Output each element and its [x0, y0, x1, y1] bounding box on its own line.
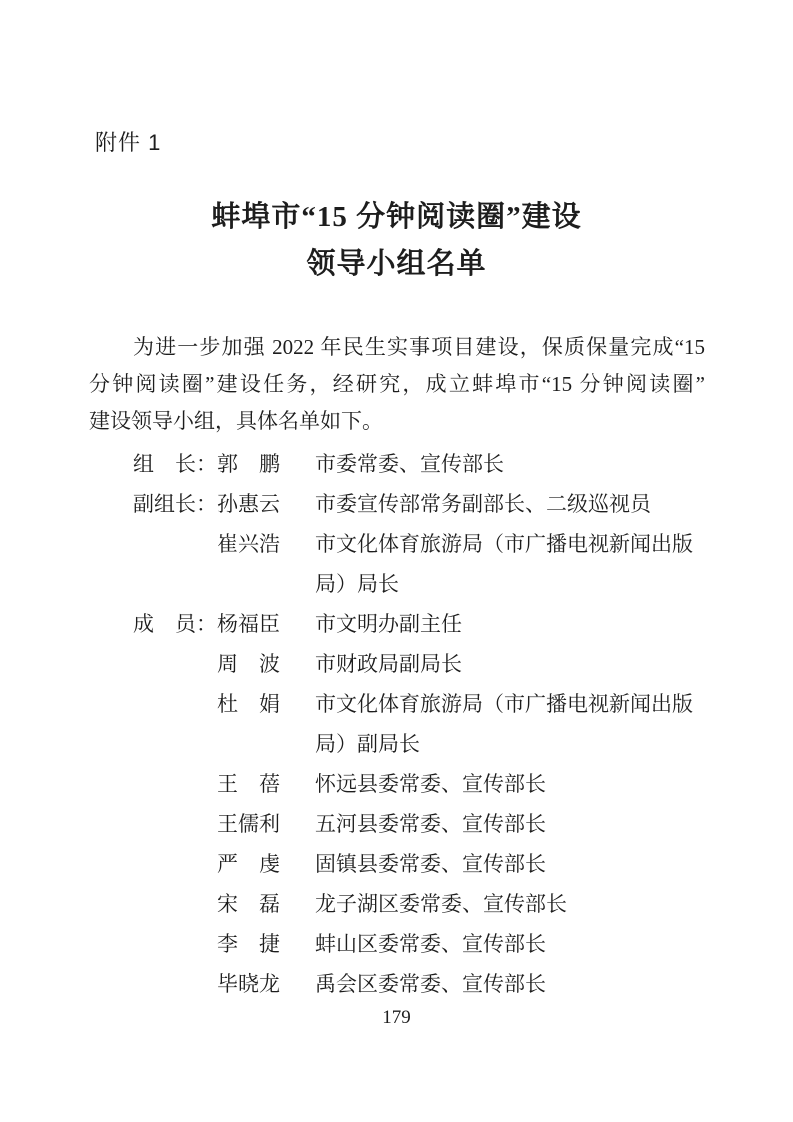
roster-row: 宋 磊 龙子湖区委常委、宣传部长 [133, 884, 705, 924]
roster-row: 王 蓓 怀远县委常委、宣传部长 [133, 764, 705, 804]
intro-line: 分钟阅读圈”建设任务，经研究，成立蚌埠市“15 分钟阅读圈” [89, 366, 705, 403]
member-title-line: 怀远县委常委、宣传部长 [315, 764, 705, 804]
roster-row: 李 捷 蚌山区委常委、宣传部长 [133, 924, 705, 964]
attachment-label: 附件 1 [95, 130, 161, 156]
member-title-line: 蚌山区委常委、宣传部长 [315, 924, 705, 964]
intro-line: 建设领导小组，具体名单如下。 [89, 403, 705, 440]
member-title: 怀远县委常委、宣传部长 [315, 764, 705, 804]
member-name: 王 蓓 [217, 764, 315, 804]
member-title: 市委常委、宣传部长 [315, 444, 705, 484]
member-title-line: 市委常委、宣传部长 [315, 444, 705, 484]
member-title-line: 局）副局长 [315, 724, 705, 764]
member-name: 李 捷 [217, 924, 315, 964]
member-name: 王儒利 [217, 804, 315, 844]
member-name: 周 波 [217, 644, 315, 684]
document-title-line-1: 蚌埠市“15 分钟阅读圈”建设 [0, 194, 793, 241]
member-title-line: 市文化体育旅游局（市广播电视新闻出版 [315, 524, 705, 564]
member-title-line: 局）局长 [315, 564, 705, 604]
role-label: 副组长： [133, 484, 217, 524]
roster-row: 成 员： 杨福臣 市文明办副主任 [133, 604, 705, 644]
document-body: 为进一步加强 2022 年民生实事项目建设，保质保量完成“15 分钟阅读圈”建设… [89, 329, 705, 1004]
roster-row: 副组长： 孙惠云 市委宣传部常务副部长、二级巡视员 [133, 484, 705, 524]
member-title: 五河县委常委、宣传部长 [315, 804, 705, 844]
member-title: 龙子湖区委常委、宣传部长 [315, 884, 705, 924]
document-page: 附件 1 蚌埠市“15 分钟阅读圈”建设 领导小组名单 为进一步加强 2022 … [0, 0, 793, 1122]
member-title: 蚌山区委常委、宣传部长 [315, 924, 705, 964]
member-title: 市文化体育旅游局（市广播电视新闻出版 局）副局长 [315, 684, 705, 764]
member-title-line: 市文化体育旅游局（市广播电视新闻出版 [315, 684, 705, 724]
member-title-line: 五河县委常委、宣传部长 [315, 804, 705, 844]
member-name: 杨福臣 [217, 604, 315, 644]
document-title: 蚌埠市“15 分钟阅读圈”建设 领导小组名单 [0, 194, 793, 288]
member-name: 宋 磊 [217, 884, 315, 924]
document-title-line-2: 领导小组名单 [0, 241, 793, 288]
member-title: 禹会区委常委、宣传部长 [315, 964, 705, 1004]
member-title: 固镇县委常委、宣传部长 [315, 844, 705, 884]
member-title-line: 禹会区委常委、宣传部长 [315, 964, 705, 1004]
member-name: 崔兴浩 [217, 524, 315, 564]
intro-line: 为进一步加强 2022 年民生实事项目建设，保质保量完成“15 [89, 329, 705, 366]
member-title-line: 市文明办副主任 [315, 604, 705, 644]
intro-paragraph: 为进一步加强 2022 年民生实事项目建设，保质保量完成“15 分钟阅读圈”建设… [89, 329, 705, 440]
roster-row: 周 波 市财政局副局长 [133, 644, 705, 684]
member-name: 毕晓龙 [217, 964, 315, 1004]
member-title-line: 市财政局副局长 [315, 644, 705, 684]
member-title: 市文明办副主任 [315, 604, 705, 644]
member-title: 市文化体育旅游局（市广播电视新闻出版 局）局长 [315, 524, 705, 604]
roster-row: 王儒利 五河县委常委、宣传部长 [133, 804, 705, 844]
page-number: 179 [0, 1005, 793, 1031]
role-label: 成 员： [133, 604, 217, 644]
roster-row: 组 长： 郭 鹏 市委常委、宣传部长 [133, 444, 705, 484]
roster-row: 杜 娟 市文化体育旅游局（市广播电视新闻出版 局）副局长 [133, 684, 705, 764]
member-name: 严 虔 [217, 844, 315, 884]
member-name: 郭 鹏 [217, 444, 315, 484]
roster-row: 毕晓龙 禹会区委常委、宣传部长 [133, 964, 705, 1004]
member-title-line: 龙子湖区委常委、宣传部长 [315, 884, 705, 924]
member-name: 杜 娟 [217, 684, 315, 724]
roster-list: 组 长： 郭 鹏 市委常委、宣传部长 副组长： 孙惠云 市委宣传部常务副部长、二… [89, 444, 705, 1004]
roster-row: 严 虔 固镇县委常委、宣传部长 [133, 844, 705, 884]
member-title: 市财政局副局长 [315, 644, 705, 684]
member-title-line: 固镇县委常委、宣传部长 [315, 844, 705, 884]
member-title: 市委宣传部常务副部长、二级巡视员 [315, 484, 705, 524]
roster-row: 崔兴浩 市文化体育旅游局（市广播电视新闻出版 局）局长 [133, 524, 705, 604]
member-name: 孙惠云 [217, 484, 315, 524]
role-label: 组 长： [133, 444, 217, 484]
member-title-line: 市委宣传部常务副部长、二级巡视员 [315, 484, 705, 524]
